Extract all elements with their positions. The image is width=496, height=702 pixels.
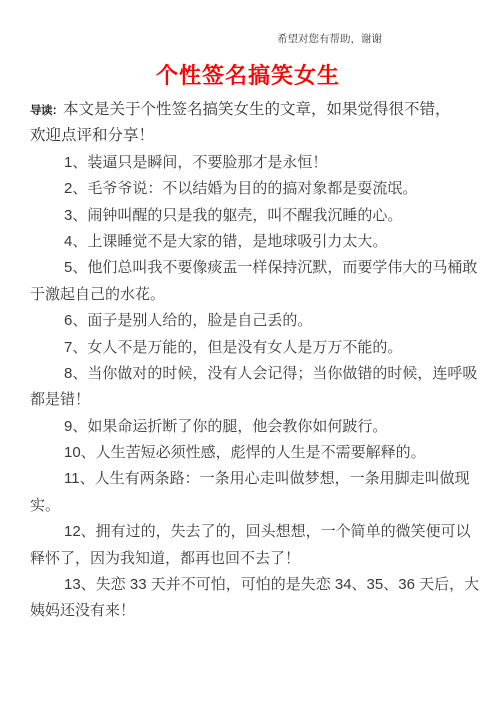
helper-note: 希望对您有帮助，谢谢 bbox=[277, 31, 382, 46]
list-item: 4、上课睡觉不是大家的错，是地球吸引力太大。 bbox=[30, 229, 466, 255]
list-item: 2、毛爷爷说：不以结婚为目的的搞对象都是耍流氓。 bbox=[30, 176, 466, 202]
page-title: 个性签名搞笑女生 bbox=[0, 59, 496, 90]
list-item: 8、当你做对的时候，没有人会记得；当你做错的时候，连呼吸 bbox=[30, 361, 466, 387]
list-item-continuation: 都是错！ bbox=[30, 387, 466, 413]
list-item: 6、面子是别人给的，脸是自己丢的。 bbox=[30, 308, 466, 334]
list-item-continuation: 实。 bbox=[30, 493, 466, 519]
list-item-continuation: 姨妈还没有来！ bbox=[30, 598, 466, 624]
list-item: 7、女人不是万能的，但是没有女人是万万不能的。 bbox=[30, 335, 466, 361]
list-item: 12、拥有过的，失去了的，回头想想，一个简单的微笑便可以 bbox=[30, 519, 466, 545]
list-item-continuation: 于激起自己的水花。 bbox=[30, 282, 466, 308]
intro-paragraph: 导读：本文是关于个性签名搞笑女生的文章，如果觉得很不错，欢迎点评和分享！ bbox=[30, 97, 466, 150]
list-item-continuation: 释怀了，因为我知道，都再也回不去了！ bbox=[30, 546, 466, 572]
list-item: 1、装逼只是瞬间，不要脸那才是永恒！ bbox=[30, 150, 466, 176]
list-item: 3、闹钟叫醒的只是我的躯壳，叫不醒我沉睡的心。 bbox=[30, 203, 466, 229]
list-item: 11、人生有两条路：一条用心走叫做梦想，一条用脚走叫做现 bbox=[30, 466, 466, 492]
intro-line: 欢迎点评和分享！ bbox=[30, 123, 466, 149]
list-item: 9、如果命运折断了你的腿，他会教你如何跛行。 bbox=[30, 414, 466, 440]
document-page: { "page": { "note": "希望对您有帮助，谢谢" }, "tit… bbox=[0, 0, 496, 702]
intro-line: 导读：本文是关于个性签名搞笑女生的文章，如果觉得很不错， bbox=[30, 97, 466, 123]
signature-list: 1、装逼只是瞬间，不要脸那才是永恒！2、毛爷爷说：不以结婚为目的的搞对象都是耍流… bbox=[30, 150, 466, 625]
list-item: 10、人生苦短必须性感，彪悍的人生是不需要解释的。 bbox=[30, 440, 466, 466]
list-item: 5、他们总叫我不要像痰盂一样保持沉默，而要学伟大的马桶敢 bbox=[30, 255, 466, 281]
article-body: 导读：本文是关于个性签名搞笑女生的文章，如果觉得很不错，欢迎点评和分享！ 1、装… bbox=[30, 97, 466, 625]
intro-label: 导读： bbox=[30, 105, 63, 117]
list-item: 13、失恋 33 天并不可怕，可怕的是失恋 34、35、36 天后，大 bbox=[30, 572, 466, 598]
